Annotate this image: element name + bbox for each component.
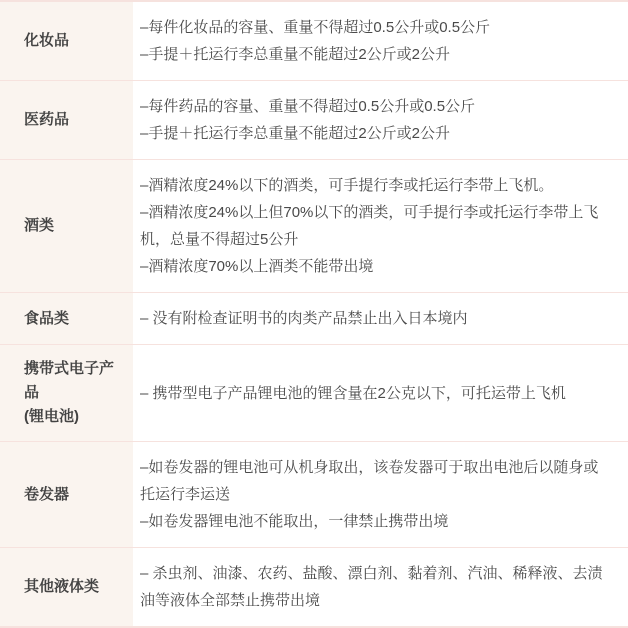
- rule-line: –酒精浓度24%以上但70%以下的酒类，可手提行李或托运行李带上飞机，总量不得超…: [140, 199, 610, 253]
- category-label: 携带式电子产品: [24, 357, 127, 405]
- rules-cell: – 没有附检查证明书的肉类产品禁止出入日本境内: [133, 293, 628, 344]
- category-cell: 化妆品: [0, 2, 133, 80]
- rule-line: – 杀虫剂、油漆、农药、盐酸、漂白剂、黏着剂、汽油、稀释液、去渍油等液体全部禁止…: [140, 560, 610, 614]
- table-row-alcohol: 酒类 –酒精浓度24%以下的酒类，可手提行李或托运行李带上飞机。 –酒精浓度24…: [0, 160, 628, 293]
- category-label-line2: (锂电池): [24, 405, 127, 429]
- rules-cell: –每件药品的容量、重量不得超过0.5公升或0.5公斤 –手提＋托运行李总重量不能…: [133, 81, 628, 159]
- category-label: 卷发器: [24, 483, 127, 507]
- rule-line: –酒精浓度70%以上酒类不能带出境: [140, 253, 610, 280]
- category-cell: 其他液体类: [0, 548, 133, 626]
- category-cell: 携带式电子产品 (锂电池): [0, 345, 133, 441]
- category-label: 食品类: [24, 307, 127, 331]
- rules-cell: – 携带型电子产品锂电池的锂含量在2公克以下，可托运带上飞机: [133, 345, 628, 441]
- rule-line: – 携带型电子产品锂电池的锂含量在2公克以下，可托运带上飞机: [140, 380, 610, 407]
- rules-cell: – 杀虫剂、油漆、农药、盐酸、漂白剂、黏着剂、汽油、稀释液、去渍油等液体全部禁止…: [133, 548, 628, 626]
- table-row-curling-iron: 卷发器 –如卷发器的锂电池可从机身取出，该卷发器可于取出电池后以随身或托运行李运…: [0, 442, 628, 548]
- rule-line: –如卷发器的锂电池可从机身取出，该卷发器可于取出电池后以随身或托运行李运送: [140, 454, 610, 508]
- rules-cell: –如卷发器的锂电池可从机身取出，该卷发器可于取出电池后以随身或托运行李运送 –如…: [133, 442, 628, 547]
- rule-line: –手提＋托运行李总重量不能超过2公斤或2公升: [140, 41, 610, 68]
- category-cell: 酒类: [0, 160, 133, 292]
- rule-line: – 没有附检查证明书的肉类产品禁止出入日本境内: [140, 305, 610, 332]
- category-cell: 医药品: [0, 81, 133, 159]
- rule-line: –每件药品的容量、重量不得超过0.5公升或0.5公斤: [140, 93, 610, 120]
- rule-line: –每件化妆品的容量、重量不得超过0.5公升或0.5公斤: [140, 14, 610, 41]
- category-cell: 卷发器: [0, 442, 133, 547]
- rules-cell: –酒精浓度24%以下的酒类，可手提行李或托运行李带上飞机。 –酒精浓度24%以上…: [133, 160, 628, 292]
- category-label: 酒类: [24, 214, 127, 238]
- rule-line: –手提＋托运行李总重量不能超过2公斤或2公升: [140, 120, 610, 147]
- table-row-other-liquids: 其他液体类 – 杀虫剂、油漆、农药、盐酸、漂白剂、黏着剂、汽油、稀释液、去渍油等…: [0, 548, 628, 626]
- category-cell: 食品类: [0, 293, 133, 344]
- rules-cell: –每件化妆品的容量、重量不得超过0.5公升或0.5公斤 –手提＋托运行李总重量不…: [133, 2, 628, 80]
- category-label: 化妆品: [24, 29, 127, 53]
- table-row-portable-electronics: 携带式电子产品 (锂电池) – 携带型电子产品锂电池的锂含量在2公克以下，可托运…: [0, 345, 628, 442]
- regulations-table: 化妆品 –每件化妆品的容量、重量不得超过0.5公升或0.5公斤 –手提＋托运行李…: [0, 0, 628, 628]
- category-label: 医药品: [24, 108, 127, 132]
- table-row-food: 食品类 – 没有附检查证明书的肉类产品禁止出入日本境内: [0, 293, 628, 345]
- rule-line: –酒精浓度24%以下的酒类，可手提行李或托运行李带上飞机。: [140, 172, 610, 199]
- table-row-medicine: 医药品 –每件药品的容量、重量不得超过0.5公升或0.5公斤 –手提＋托运行李总…: [0, 81, 628, 160]
- table-row-cosmetics: 化妆品 –每件化妆品的容量、重量不得超过0.5公升或0.5公斤 –手提＋托运行李…: [0, 2, 628, 81]
- category-label: 其他液体类: [24, 575, 127, 599]
- rule-line: –如卷发器锂电池不能取出，一律禁止携带出境: [140, 508, 610, 535]
